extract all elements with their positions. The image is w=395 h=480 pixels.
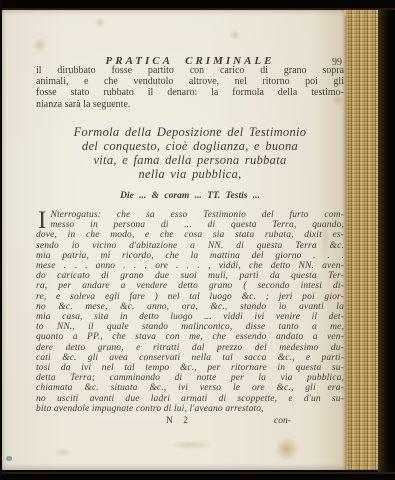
signature-line: N 2 con- [36, 416, 344, 428]
text-line: bito avendole impugnate contro di lui, l… [36, 404, 344, 414]
foxing-stain [228, 30, 242, 40]
drop-cap: I [38, 211, 46, 230]
text-line: cati &c. gli avea conservati nella tal s… [36, 353, 344, 363]
text-line: tosi da ivi nel tal tempo &c., per ritor… [36, 363, 344, 373]
deposition-paragraph: I Nterrogatus: che sa esso Testimonio de… [36, 210, 344, 414]
text-line: mia casa, sita in detto luogo ... viddi … [36, 312, 344, 322]
foxing-stain [170, 440, 212, 450]
text-line: to NN., il quale stando malinconico, dis… [36, 322, 344, 332]
text-line: quanto a PP., che stava con me, che esse… [36, 332, 344, 342]
text-line: Nterrogatus: che sa esso Testimonio del … [36, 210, 344, 220]
text-line: detta Terra; camminando di notte per la … [36, 373, 344, 383]
text-line: animali, e che vendutolo altrove, nel ri… [36, 76, 344, 87]
text-line: re, e soleva egli fare ) nel tal luogo &… [36, 292, 344, 302]
text-line: sendo io vicino d'abitazione a NN. di qu… [36, 241, 344, 251]
photo-background-top [0, 0, 395, 10]
dateline: Die ... & coram ... TT. Testis ... [36, 191, 344, 201]
foxing-stain [274, 438, 300, 460]
ink-mark [6, 456, 12, 461]
text-line: mese . . . anno . . . ore . . . , viddi,… [36, 261, 344, 271]
catchword: con- [274, 416, 291, 426]
intro-paragraph: il dirubbato fosse partito con carico di… [36, 65, 344, 110]
text-line: dove, in che modo, e che cosa sia stata … [36, 230, 344, 240]
text-line: no usciti avanti due ladri armati di sco… [36, 394, 344, 404]
signature-mark: N 2 [166, 416, 192, 426]
text-line: do caricato di grano due suoi muli, part… [36, 271, 344, 281]
text-line: nianza sarà la seguente. [36, 99, 344, 110]
text-line: fosse stato rubbato il denaro: la formol… [36, 87, 344, 98]
section-heading: Formola della Deposizione del Testimonio… [36, 125, 344, 181]
text-line: dere detto grano, e ritratti dal prezzo … [36, 343, 344, 353]
foxing-stain [94, 18, 106, 27]
text-line: chiamata &c. situata &c., ivi verso le o… [36, 383, 344, 393]
text-line: il dirubbato fosse partito con carico di… [36, 65, 344, 76]
book-page: PRATICA CRIMINALE 99 il dirubbato fosse … [2, 8, 346, 470]
photo-background-bottom [0, 472, 395, 480]
foxing-stain [32, 38, 48, 52]
book-cover-edge [378, 8, 390, 472]
text-line: nella via pubblica, [36, 167, 344, 181]
photo-background-left [0, 0, 2, 480]
text-line: ra, per andare a vendere detto grano ( s… [36, 281, 344, 291]
text-line: Formola della Deposizione del Testimonio [36, 125, 344, 139]
text-line: mia patria, mi ricordo, che la mattina d… [36, 251, 344, 261]
text-line: del conquesto, cioè doglianza, e buona [36, 139, 344, 153]
text-line: messo in persona di ... di questa Terra,… [36, 220, 344, 230]
text-line: no &c. mese, &c. anno, ora, &c., stando … [36, 302, 344, 312]
foxing-stain [54, 448, 72, 457]
book-fore-edge [346, 9, 380, 470]
text-line: vita, e fama della persona rubbata [36, 153, 344, 167]
